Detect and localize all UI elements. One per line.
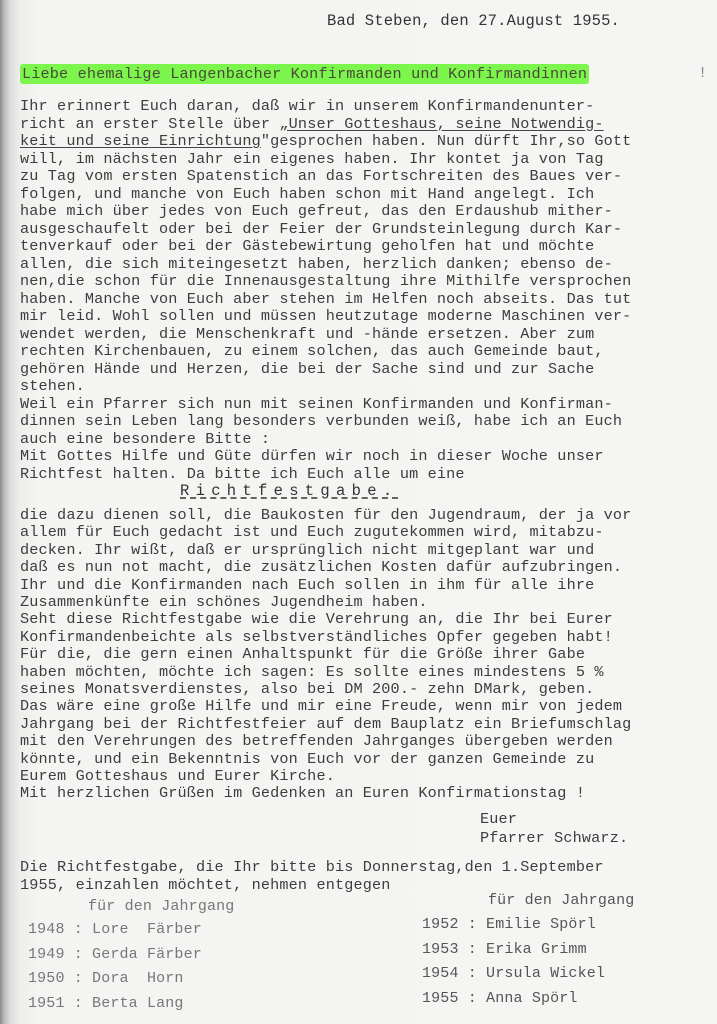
collector-entry: 1952 : Emilie Spörl bbox=[422, 916, 596, 934]
letter-line: folgen, und manche von Euch haben schon … bbox=[20, 185, 594, 203]
letter-line: allen, die sich miteingesetzt haben, her… bbox=[20, 255, 613, 273]
letter-line: die dazu dienen soll, die Baukosten für … bbox=[20, 506, 631, 524]
letter-line: Mit Gottes Hilfe und Güte dürfen wir noc… bbox=[20, 447, 604, 465]
postscript-line: Die Richtfestgabe, die Ihr bitte bis Don… bbox=[20, 858, 604, 876]
collector-entry: 1951 : Berta Lang bbox=[28, 995, 184, 1013]
letter-line: dinnen sein Leben lang besonders verbund… bbox=[20, 412, 622, 430]
letter-line: will, im nächsten Jahr ein eigenes haben… bbox=[20, 150, 604, 168]
letter-line: haben. Manche von Euch aber stehen im He… bbox=[20, 290, 631, 308]
letter-line: haben möchten, möchte ich sagen: Es soll… bbox=[20, 663, 604, 681]
letter-line: allem für Euch gedacht ist und Euch zugu… bbox=[20, 523, 604, 541]
collector-entry: 1949 : Gerda Färber bbox=[28, 946, 202, 964]
letter-line: auch eine besondere Bitte : bbox=[20, 430, 270, 448]
postscript-line: 1955, einzahlen möchtet, nehmen entgegen bbox=[20, 876, 391, 894]
letter-line: gehören Hände und Herzen, die bei der Sa… bbox=[20, 360, 594, 378]
letter-line: Weil ein Pfarrer sich nun mit seinen Kon… bbox=[20, 395, 613, 413]
letter-line: Jahrgang bei der Richtfestfeier auf dem … bbox=[20, 715, 631, 733]
signature-closing: Euer bbox=[480, 810, 517, 828]
underlined-title: „Unser Gotteshaus, seine Notwendig- bbox=[279, 115, 603, 133]
richtfestgabe-heading: Richtfestgabe. bbox=[180, 482, 398, 500]
letter-line: Das wäre eine große Hilfe und mir eine F… bbox=[20, 697, 622, 715]
signature-name: Pfarrer Schwarz. bbox=[480, 829, 628, 847]
letter-line: daß es nun not macht, die zusätzlichen K… bbox=[20, 558, 622, 576]
letter-line: seines Monatsverdienstes, also bei DM 20… bbox=[20, 680, 594, 698]
letter-line: ausgeschaufelt oder bei der Feier der Gr… bbox=[20, 220, 622, 238]
letter-line: decken. Ihr wißt, daß er ursprünglich ni… bbox=[20, 541, 594, 559]
collector-entry: 1953 : Erika Grimm bbox=[422, 941, 587, 959]
collector-entry: 1950 : Dora Horn bbox=[28, 970, 184, 988]
letter-line: könnte, und ein Bekenntnis von Euch vor … bbox=[20, 750, 594, 768]
letter-line: mir leid. Wohl sollen und müssen heutzut… bbox=[20, 307, 631, 325]
collector-entry: 1955 : Anna Spörl bbox=[422, 990, 578, 1008]
letter-line: wendet werden, die Menschenkraft und -hä… bbox=[20, 325, 594, 343]
letter-line: Seht diese Richtfestgabe wie die Verehru… bbox=[20, 610, 613, 628]
letter-line: Konfirmandenbeichte als selbstverständli… bbox=[20, 628, 613, 646]
letter-line: stehen. bbox=[20, 377, 85, 395]
letter-line: Ihr und die Konfirmanden nach Euch solle… bbox=[20, 576, 594, 594]
letter-line: Für die, die gern einen Anhaltspunkt für… bbox=[20, 645, 585, 663]
collector-entry: 1954 : Ursula Wickel bbox=[422, 965, 605, 983]
collector-entry: 1948 : Lore Färber bbox=[28, 921, 202, 939]
letter-line: keit und seine Einrichtung"gesprochen ha… bbox=[20, 132, 631, 150]
letter-line: richt an erster Stelle über „Unser Gotte… bbox=[20, 115, 604, 133]
letter-line: habe mich über jedes von Euch gefreut, d… bbox=[20, 202, 613, 220]
letter-line: Zusammenkünfte ein schönes Jugendheim ha… bbox=[20, 593, 428, 611]
letter-line: tenverkauf oder bei der Gästebewirtung g… bbox=[20, 237, 594, 255]
underlined-title: keit und seine Einrichtung bbox=[20, 132, 261, 150]
salutation-highlighted: Liebe ehemalige Langenbacher Konfirmande… bbox=[20, 64, 589, 84]
scanned-letter-page: Bad Steben, den 27.August 1955. Liebe eh… bbox=[0, 0, 717, 1024]
letter-line: Mit herzlichen Grüßen im Gedenken an Eur… bbox=[20, 784, 585, 802]
letter-line: nen,die schon für die Innenausgestaltung… bbox=[20, 272, 631, 290]
letter-line: Ihr erinnert Euch daran, daß wir in unse… bbox=[20, 97, 594, 115]
salutation-punctuation: ! bbox=[698, 64, 707, 82]
letter-line: rechten Kirchenbauen, zu einem solchen, … bbox=[20, 342, 604, 360]
collectors-right-header: für den Jahrgang bbox=[488, 892, 634, 910]
collectors-left-header: für den Jahrgang bbox=[88, 898, 234, 916]
letter-line: Eurem Gotteshaus und Eurer Kirche. bbox=[20, 767, 335, 785]
date-line: Bad Steben, den 27.August 1955. bbox=[327, 12, 620, 30]
letter-line: Richtfest halten. Da bitte ich Euch alle… bbox=[20, 465, 465, 483]
letter-line: mit den Verehrungen des betreffenden Jah… bbox=[20, 732, 613, 750]
letter-line: zu Tag vom ersten Spatenstich an das For… bbox=[20, 167, 622, 185]
